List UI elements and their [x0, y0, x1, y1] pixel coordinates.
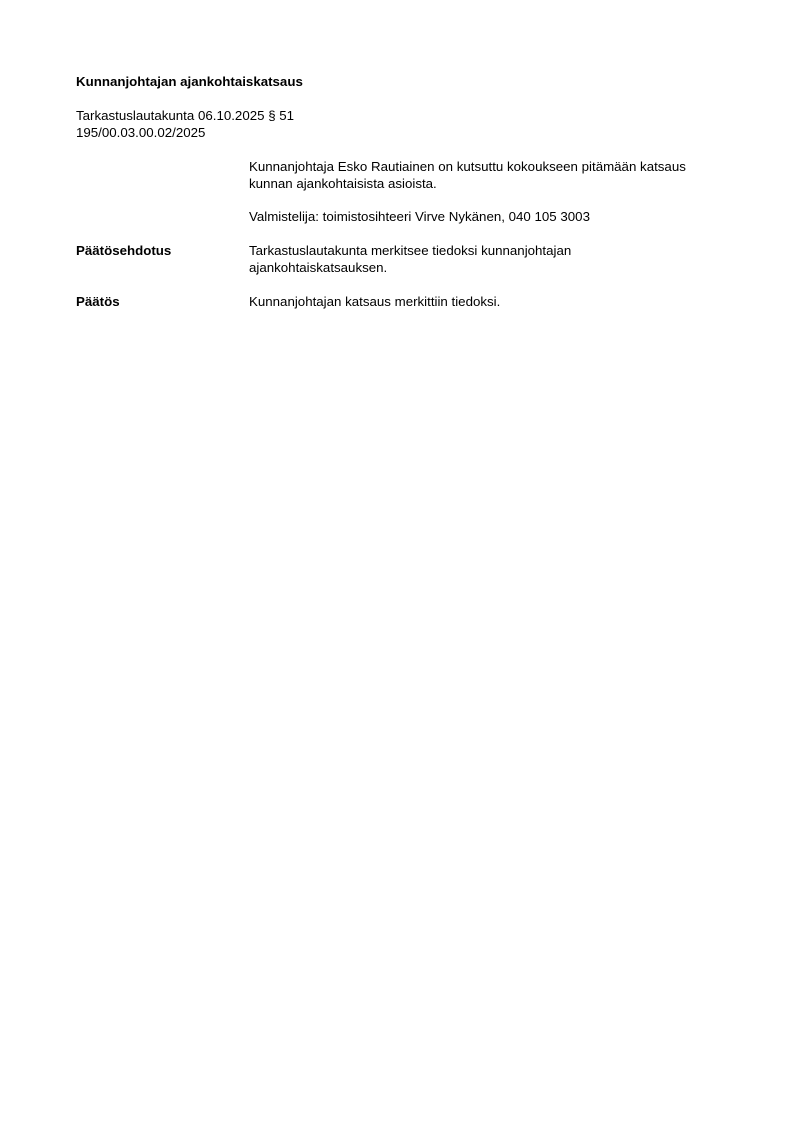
proposal-text-line-1: Tarkastuslautakunta merkitsee tiedoksi k… — [249, 242, 571, 259]
body-text-line-1: Kunnanjohtaja Esko Rautiainen on kutsutt… — [249, 158, 686, 175]
meeting-reference: Tarkastuslautakunta 06.10.2025 § 51 — [76, 107, 294, 124]
record-id: 195/00.03.00.02/2025 — [76, 124, 205, 141]
decision-label: Päätös — [76, 293, 120, 310]
body-text-line-2: kunnan ajankohtaisista asioista. — [249, 175, 437, 192]
proposal-text-line-2: ajankohtaiskatsauksen. — [249, 259, 387, 276]
preparer-info: Valmistelija: toimistosihteeri Virve Nyk… — [249, 208, 590, 225]
decision-text: Kunnanjohtajan katsaus merkittiin tiedok… — [249, 293, 500, 310]
proposal-label: Päätösehdotus — [76, 242, 171, 259]
document-title: Kunnanjohtajan ajankohtaiskatsaus — [76, 73, 303, 90]
